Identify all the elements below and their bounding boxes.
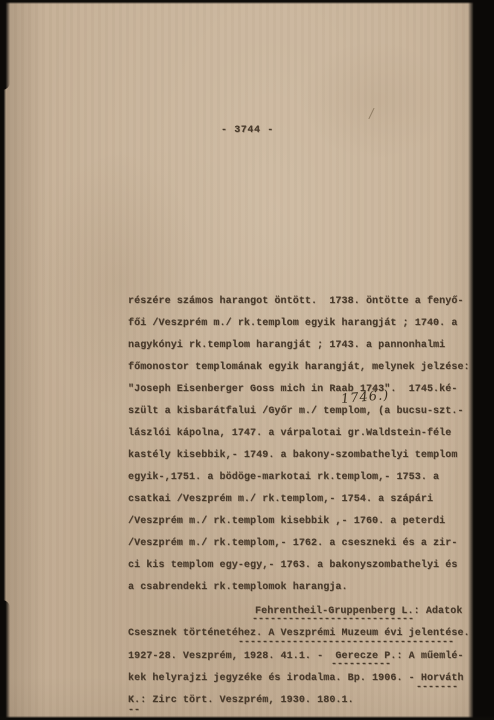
text-line: csatkai /Veszprém m./ rk.templom,- 1754.… <box>128 489 470 511</box>
scanned-document-page: - 3744 - részére számos harangot öntött.… <box>0 0 494 720</box>
scan-edge-left-thick-top <box>0 0 10 90</box>
pencil-mark: / <box>368 106 375 123</box>
text-line: a csabrendeki rk.templomok harangja. <box>128 577 470 599</box>
paper-stain <box>300 40 450 160</box>
text-line: "Joseph Eisenberger Goss mich in Raab 17… <box>128 379 470 401</box>
text-line: fői /Veszprém m./ rk.templom egyik haran… <box>128 313 470 335</box>
text-line: főmonostor templomának egyik harangját, … <box>128 357 470 379</box>
scan-edge-top <box>0 0 494 4</box>
text-line: nagykónyi rk.templom harangját ; 1743. a… <box>128 335 470 357</box>
text-line: szült a kisbarátfalui /Győr m./ templom,… <box>128 401 470 423</box>
text-line: kastély kisebbik,- 1749. a bakony-szomba… <box>128 445 470 467</box>
underline-dashes: --------------------------- <box>252 614 414 625</box>
scan-edge-bottom <box>0 716 494 720</box>
bibliography-line: 1927-28. Veszprém, 1928. 41.1. - Gerecze… <box>128 646 470 668</box>
underline-dashes: ------- <box>416 682 458 693</box>
text-line: /Veszprém m./ rk.templom,- 1762. a csesz… <box>128 533 470 555</box>
underline-dashes: -- <box>128 705 140 716</box>
text-line: egyik-,1751. a bödöge-markotai rk.templo… <box>128 467 470 489</box>
text-line: ci kis templom egy-egy,- 1763. a bakonys… <box>128 555 470 577</box>
bibliography-line: K.: Zirc tört. Veszprém, 1930. 180.1. <box>128 690 470 712</box>
underline-dashes: ------------------------------------ <box>238 637 454 648</box>
page-number: - 3744 - <box>221 125 274 136</box>
text-line: lászlói kápolna, 1747. a várpalotai gr.W… <box>128 423 470 445</box>
underline-dashes: ---------- <box>331 659 391 670</box>
main-paragraph: részére számos harangot öntött. 1738. ön… <box>128 291 470 599</box>
text-line: részére számos harangot öntött. 1738. ön… <box>128 291 470 313</box>
scan-edge-left-thick-bottom <box>0 600 10 720</box>
text-line: /Veszprém m./ rk.templom kisebbik ,- 176… <box>128 511 470 533</box>
scan-edge-right <box>468 0 494 720</box>
